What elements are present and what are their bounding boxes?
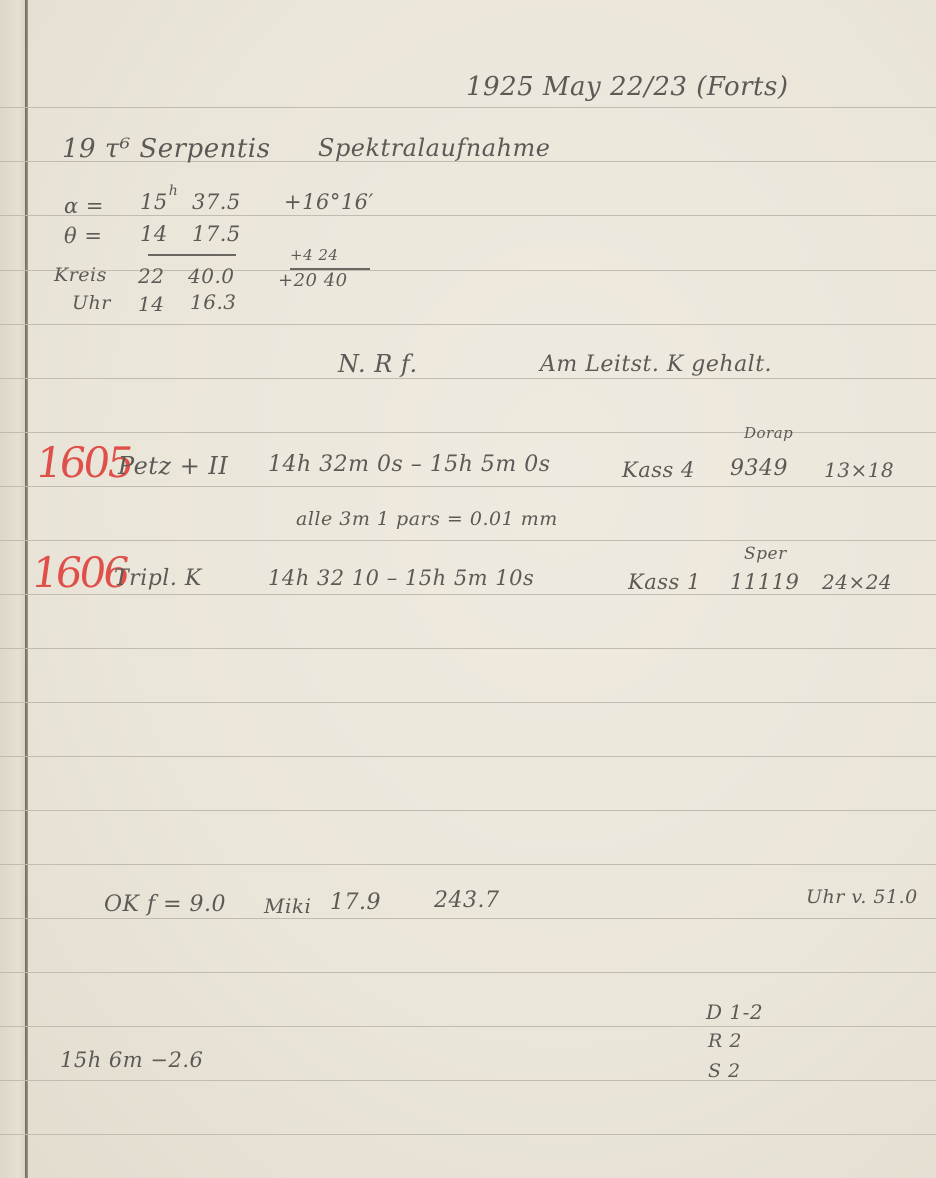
ocular-focus: OK f = 9.0 (104, 892, 226, 917)
ruled-line (0, 215, 936, 216)
alpha-label: α = (64, 194, 104, 218)
uhr-label: Uhr (72, 292, 111, 314)
plate-type: Dorap (744, 424, 793, 442)
theta-hours: 14 (140, 222, 168, 246)
micrometer-value-2: 243.7 (434, 888, 499, 913)
instrument: Petz + II (118, 452, 228, 480)
ruled-line (0, 648, 936, 649)
theta-minutes: 17.5 (192, 222, 241, 246)
ruled-line (0, 432, 936, 433)
entry-date: 1925 May 22/23 (Forts) (466, 72, 788, 102)
ruled-line (0, 540, 936, 541)
plate-id: 11119 (730, 570, 799, 594)
nrf-note: N. R f. (338, 350, 418, 378)
ruled-line (0, 756, 936, 757)
ruled-line (0, 378, 936, 379)
interline-note: alle 3m 1 pars = 0.01 mm (296, 508, 558, 530)
uhr-minutes: 16.3 (190, 290, 237, 314)
ruled-line (0, 972, 936, 973)
notebook-page: 1925 May 22/23 (Forts) 19 τ⁶ Serpentis S… (0, 0, 936, 1178)
condition-s: S 2 (708, 1060, 741, 1082)
correction-bottom: +20 40 (278, 270, 348, 291)
theta-label: θ = (64, 224, 102, 248)
ruled-line (0, 918, 936, 919)
condition-r: R 2 (708, 1030, 742, 1052)
micrometer-value: 17.9 (330, 890, 381, 915)
exposure-time: 14h 32m 0s – 15h 5m 0s (268, 452, 551, 477)
ruled-line (0, 810, 936, 811)
plate-size: 13×18 (824, 458, 894, 482)
instrument: Tripl. K (114, 566, 202, 591)
binding-gutter (25, 0, 28, 1178)
ruled-line (0, 594, 936, 595)
correction-top: +4 24 (290, 246, 338, 264)
object-subtitle: Spektralaufnahme (318, 134, 550, 162)
plate-id: 9349 (730, 456, 788, 481)
facing-page-edge (0, 0, 26, 1178)
micrometer-label: Miki (264, 894, 311, 918)
ruled-line (0, 107, 936, 108)
time-note: 15h 6m −2.6 (60, 1048, 203, 1072)
sum-underline (148, 254, 236, 256)
plate-size: 24×24 (822, 570, 892, 594)
ruled-line (0, 1080, 936, 1081)
ruled-line (0, 486, 936, 487)
uhr-hours: 14 (138, 292, 164, 316)
ruled-line (0, 702, 936, 703)
kreis-hours: 22 (138, 264, 164, 288)
condition-d: D 1-2 (706, 1000, 763, 1024)
ruled-line (0, 1134, 936, 1135)
alpha-hours: 15h (140, 190, 181, 214)
ruled-line (0, 864, 936, 865)
exposure-time: 14h 32 10 – 15h 5m 10s (268, 566, 534, 590)
clock-reading: Uhr v. 51.0 (806, 886, 918, 908)
cassette: Kass 4 (622, 458, 695, 482)
ruled-line (0, 1026, 936, 1027)
alpha-minutes: 37.5 (192, 190, 241, 214)
kreis-minutes: 40.0 (188, 264, 235, 288)
cassette: Kass 1 (628, 570, 701, 594)
ruled-line (0, 324, 936, 325)
object-title: 19 τ⁶ Serpentis (62, 134, 270, 164)
declination: +16°16′ (284, 190, 374, 214)
guiding-remark: Am Leitst. K gehalt. (540, 352, 772, 377)
plate-type: Sper (744, 544, 787, 564)
kreis-label: Kreis (54, 264, 107, 286)
